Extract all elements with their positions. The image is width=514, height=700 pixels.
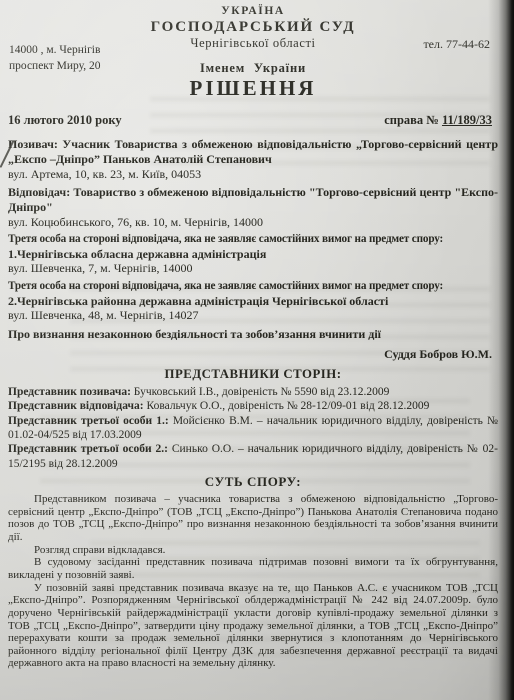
judge-name: Суддя Бобров Ю.М.: [8, 347, 492, 362]
case-number-label: справа №: [384, 113, 439, 127]
party-heading: Третя особа на стороні відповідача, яка …: [8, 280, 498, 308]
party-address: вул. Шевченка, 7, м. Чернігів, 14000: [8, 261, 498, 276]
parties-section: Позивач: Учасник Товариства з обмеженою …: [8, 137, 498, 323]
representative-item: Представник третьої особи 2.: Синько О.О…: [8, 442, 498, 471]
party-address: вул. Шевченка, 48, м. Чернігів, 14027: [8, 308, 498, 323]
representative-line: Представник відповідача: Ковальчук О.О.,…: [8, 399, 498, 413]
court-address: 14000 , м. Чернігів проспект Миру, 20: [9, 43, 100, 74]
dispute-paragraph: В судовому засіданні представник позивач…: [8, 556, 498, 581]
case-number-group: справа № 11/189/33: [384, 113, 492, 128]
representative-line: Представник третьої особи 1.: Мойсієнко …: [8, 414, 498, 443]
representative-label: Представник відповідача:: [8, 400, 144, 412]
party-heading: Третя особа на стороні відповідача, яка …: [8, 233, 498, 261]
decision-date: 16 лютого 2010 року: [8, 113, 122, 128]
case-number: 11/189/33: [442, 113, 492, 127]
case-info-row: 16 лютого 2010 року справа № 11/189/33: [8, 113, 498, 128]
representative-text: Ковальчук О.О., довіреність № 28-12/09-0…: [146, 400, 429, 412]
dispute-section: СУТЬ СПОРУ: Представником позивача – уча…: [8, 475, 498, 670]
court-address-line1: 14000 , м. Чернігів: [9, 43, 100, 59]
court-phone: тел. 77-44-62: [423, 37, 490, 52]
party-name: 2.Чернігівська районна державна адмініст…: [8, 294, 498, 309]
party-defendant: Відповідач: Товариство з обмеженою відпо…: [8, 185, 498, 229]
scanned-court-decision-page: УКРАЇНА ГОСПОДАРСЬКИЙ СУД Чернігівської …: [0, 0, 514, 700]
dispute-paragraph: Представником позивача – учасника товари…: [8, 493, 498, 544]
party-third-person-2: Третя особа на стороні відповідача, яка …: [8, 280, 498, 323]
party-heading: Позивач: Учасник Товариства з обмеженою …: [8, 137, 498, 166]
representative-text: Бучковський І.В., довіреність № 5590 від…: [134, 386, 390, 398]
party-label: Третя особа на стороні відповідача, яка …: [8, 233, 498, 247]
representative-line: Представник позивача: Бучковський І.В., …: [8, 385, 498, 399]
party-label: Позивач:: [8, 137, 58, 151]
representative-item: Представник позивача: Бучковський І.В., …: [8, 385, 498, 399]
representative-label: Представник позивача:: [8, 386, 131, 398]
representative-label: Представник третьої особи 2.:: [8, 443, 168, 455]
representatives-section: ПРЕДСТАВНИКИ СТОРІН: Представник позивач…: [8, 367, 498, 471]
party-name: Учасник Товариства з обмеженою відповіда…: [8, 137, 498, 166]
representative-label: Представник третьої особи 1.:: [8, 415, 169, 427]
dispute-heading: СУТЬ СПОРУ:: [8, 475, 498, 490]
court-address-line2: проспект Миру, 20: [9, 59, 100, 75]
party-address: вул. Артема, 10, кв. 23, м. Київ, 04053: [8, 167, 498, 182]
party-third-person-1: Третя особа на стороні відповідача, яка …: [8, 233, 498, 276]
party-label: Третя особа на стороні відповідача, яка …: [8, 280, 498, 294]
party-name: Товариство з обмеженою відповідальністю …: [8, 185, 498, 214]
header-court-name: ГОСПОДАРСЬКИЙ СУД: [8, 18, 498, 36]
dispute-paragraph: Розгляд справи відкладався.: [8, 544, 498, 557]
representative-item: Представник відповідача: Ковальчук О.О.,…: [8, 399, 498, 413]
document-content: УКРАЇНА ГОСПОДАРСЬКИЙ СУД Чернігівської …: [0, 0, 514, 700]
representative-line: Представник третьої особи 2.: Синько О.О…: [8, 442, 498, 471]
representative-item: Представник третьої особи 1.: Мойсієнко …: [8, 414, 498, 443]
party-address: вул. Коцюбинського, 76, кв. 10, м. Черні…: [8, 215, 498, 230]
case-subject: Про визнання незаконною бездіяльності та…: [8, 327, 498, 342]
party-heading: Відповідач: Товариство з обмеженою відпо…: [8, 185, 498, 214]
party-name: 1.Чернігівська обласна державна адмініст…: [8, 247, 498, 262]
dispute-paragraph: У позовній заяві представник позивача вк…: [8, 582, 498, 670]
representatives-heading: ПРЕДСТАВНИКИ СТОРІН:: [8, 367, 498, 383]
party-label: Відповідач:: [8, 185, 70, 199]
header-country: УКРАЇНА: [8, 5, 498, 18]
document-title: РІШЕННЯ: [8, 76, 498, 101]
party-plaintiff: Позивач: Учасник Товариства з обмеженою …: [8, 137, 498, 181]
